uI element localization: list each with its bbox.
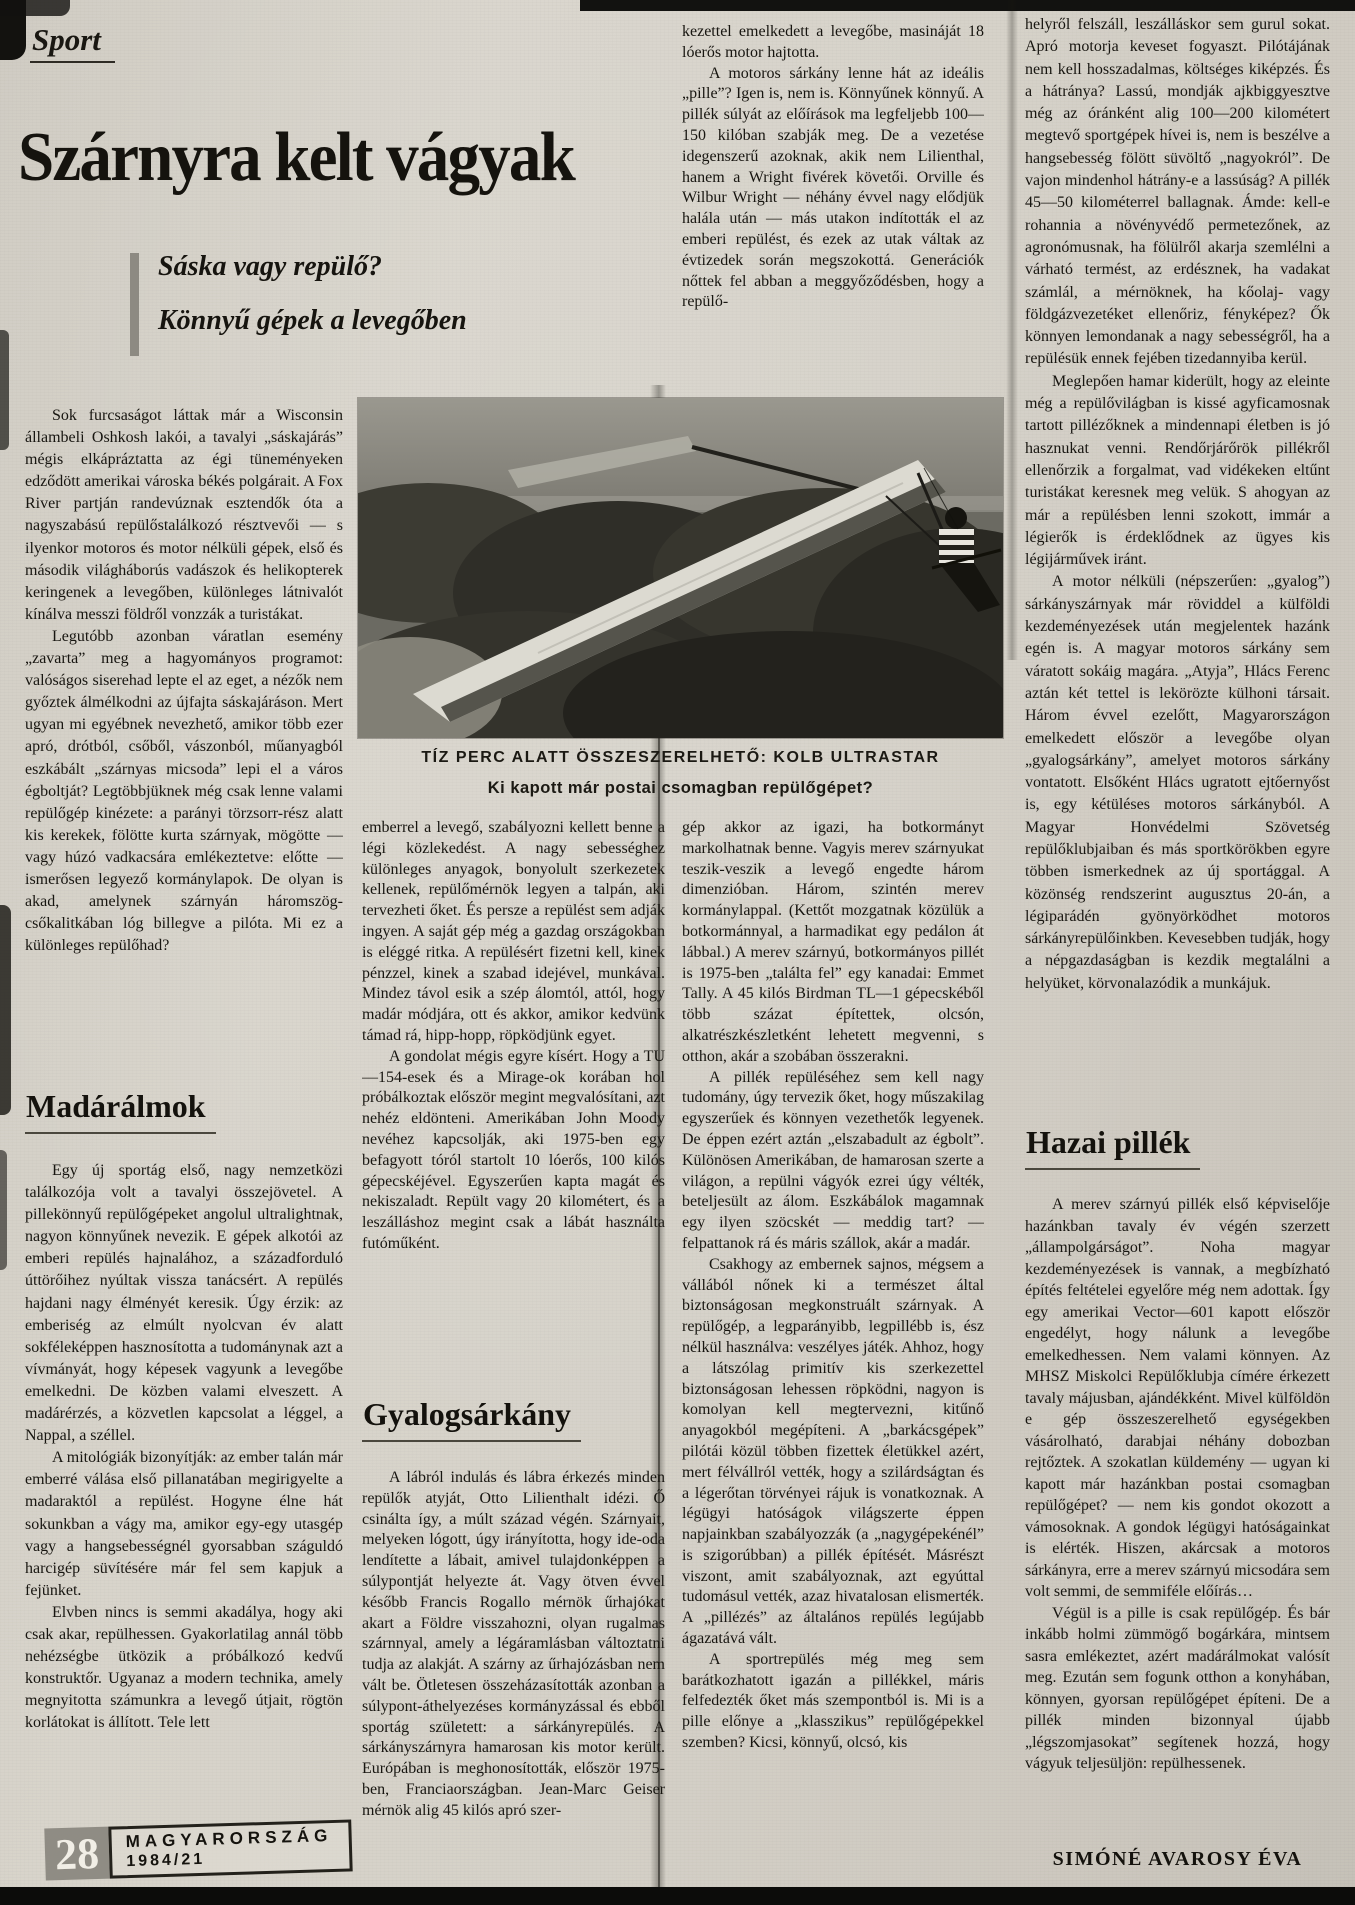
fold-crease-upper: [1006, 0, 1018, 660]
paragraph: gép akkor az igazi, ha botkormányt marko…: [682, 818, 984, 1068]
column-1-top: Sok furcsaságot láttak már a Wisconsin á…: [25, 405, 343, 1073]
scan-edge-bottom: [0, 1887, 1355, 1905]
section-label: Sport: [30, 22, 115, 63]
paragraph: Végül is a pille is csak repülőgép. És b…: [1025, 1603, 1330, 1775]
headline: Szárnyra kelt vágyak: [18, 118, 574, 198]
photo-caption-line-2: Ki kapott már postai csomagban repülőgép…: [358, 779, 1003, 798]
paragraph: emberrel a levegő, szabályozni kellett b…: [362, 818, 665, 1047]
photo-caption-line-1: TÍZ PERC ALATT ÖSSZESZERELHETŐ: KOLB ULT…: [358, 749, 1003, 767]
scan-left-artifact: [0, 905, 11, 1115]
column-3-top: kezettel emelkedett a levegőbe, masinájá…: [682, 22, 984, 367]
section-heading-madaralmok: Madárálmok: [25, 1088, 216, 1134]
paragraph: Legutóbb azonban váratlan esemény „zavar…: [25, 626, 343, 957]
column-3-bottom: gép akkor az igazi, ha botkormányt marko…: [682, 818, 984, 1890]
paragraph: Csakhogy az embernek sajnos, mégsem a vá…: [682, 1255, 984, 1650]
paragraph: Meglepően hamar kiderült, hogy az eleint…: [1025, 371, 1330, 572]
column-2-bottom: A lábról indulás és lábra érkezés minden…: [362, 1468, 665, 1886]
paragraph: helyről felszáll, leszálláskor sem gurul…: [1025, 14, 1330, 371]
column-1-bottom: Egy új sportág első, nagy nemzetközi tal…: [25, 1160, 343, 1802]
paragraph: kezettel emelkedett a levegőbe, masinájá…: [682, 22, 984, 64]
scan-corner-smear: [0, 0, 70, 16]
paragraph: Elvben nincs is semmi akadálya, hogy aki…: [25, 1602, 343, 1735]
column-4-bottom: A merev szárnyú pillék első képviselője …: [1025, 1194, 1330, 1842]
scan-edge-top: [580, 0, 1355, 11]
paragraph: Egy új sportág első, nagy nemzetközi tal…: [25, 1160, 343, 1447]
paragraph: A motor nélküli (népszerűen: „gyalog”) s…: [1025, 571, 1330, 995]
page-footer: 28 MAGYARORSZÁG 1984/21: [44, 1819, 352, 1880]
paragraph: A sportrepülés még meg sem barátkozhatot…: [682, 1650, 984, 1754]
column-2-top: emberrel a levegő, szabályozni kellett b…: [362, 818, 665, 1384]
paragraph: A lábról indulás és lábra érkezés minden…: [362, 1468, 665, 1822]
paragraph: A pillék repüléséhez sem kell nagy tudom…: [682, 1068, 984, 1255]
author-byline: SIMÓNÉ AVAROSY ÉVA: [1025, 1848, 1330, 1871]
paragraph: A merev szárnyú pillék első képviselője …: [1025, 1194, 1330, 1603]
ultralight-photo: [358, 398, 1003, 738]
paragraph: Sok furcsaságot láttak már a Wisconsin á…: [25, 405, 343, 626]
subhead-bar: [130, 253, 139, 356]
subhead-line-1: Sáska vagy repülő?: [158, 251, 382, 283]
column-4-top: helyről felszáll, leszálláskor sem gurul…: [1025, 14, 1330, 1109]
page-number-badge: 28: [44, 1827, 110, 1881]
section-heading-gyalogsarkany: Gyalogsárkány: [362, 1396, 581, 1442]
subhead-line-2: Könnyű gépek a levegőben: [158, 305, 467, 337]
scan-left-artifact: [0, 1150, 7, 1270]
paragraph: A mitológiák bizonyítják: az ember talán…: [25, 1447, 343, 1602]
scan-left-artifact: [0, 330, 9, 450]
magazine-page: Sport Szárnyra kelt vágyak Sáska vagy re…: [0, 0, 1355, 1905]
paragraph: A gondolat mégis egyre kísért. Hogy a TU…: [362, 1047, 665, 1255]
paragraph: A motoros sárkány lenne hát az ideális „…: [682, 64, 984, 314]
section-heading-hazai-pillek: Hazai pillék: [1025, 1124, 1200, 1170]
magazine-title-box: MAGYARORSZÁG 1984/21: [108, 1819, 352, 1878]
